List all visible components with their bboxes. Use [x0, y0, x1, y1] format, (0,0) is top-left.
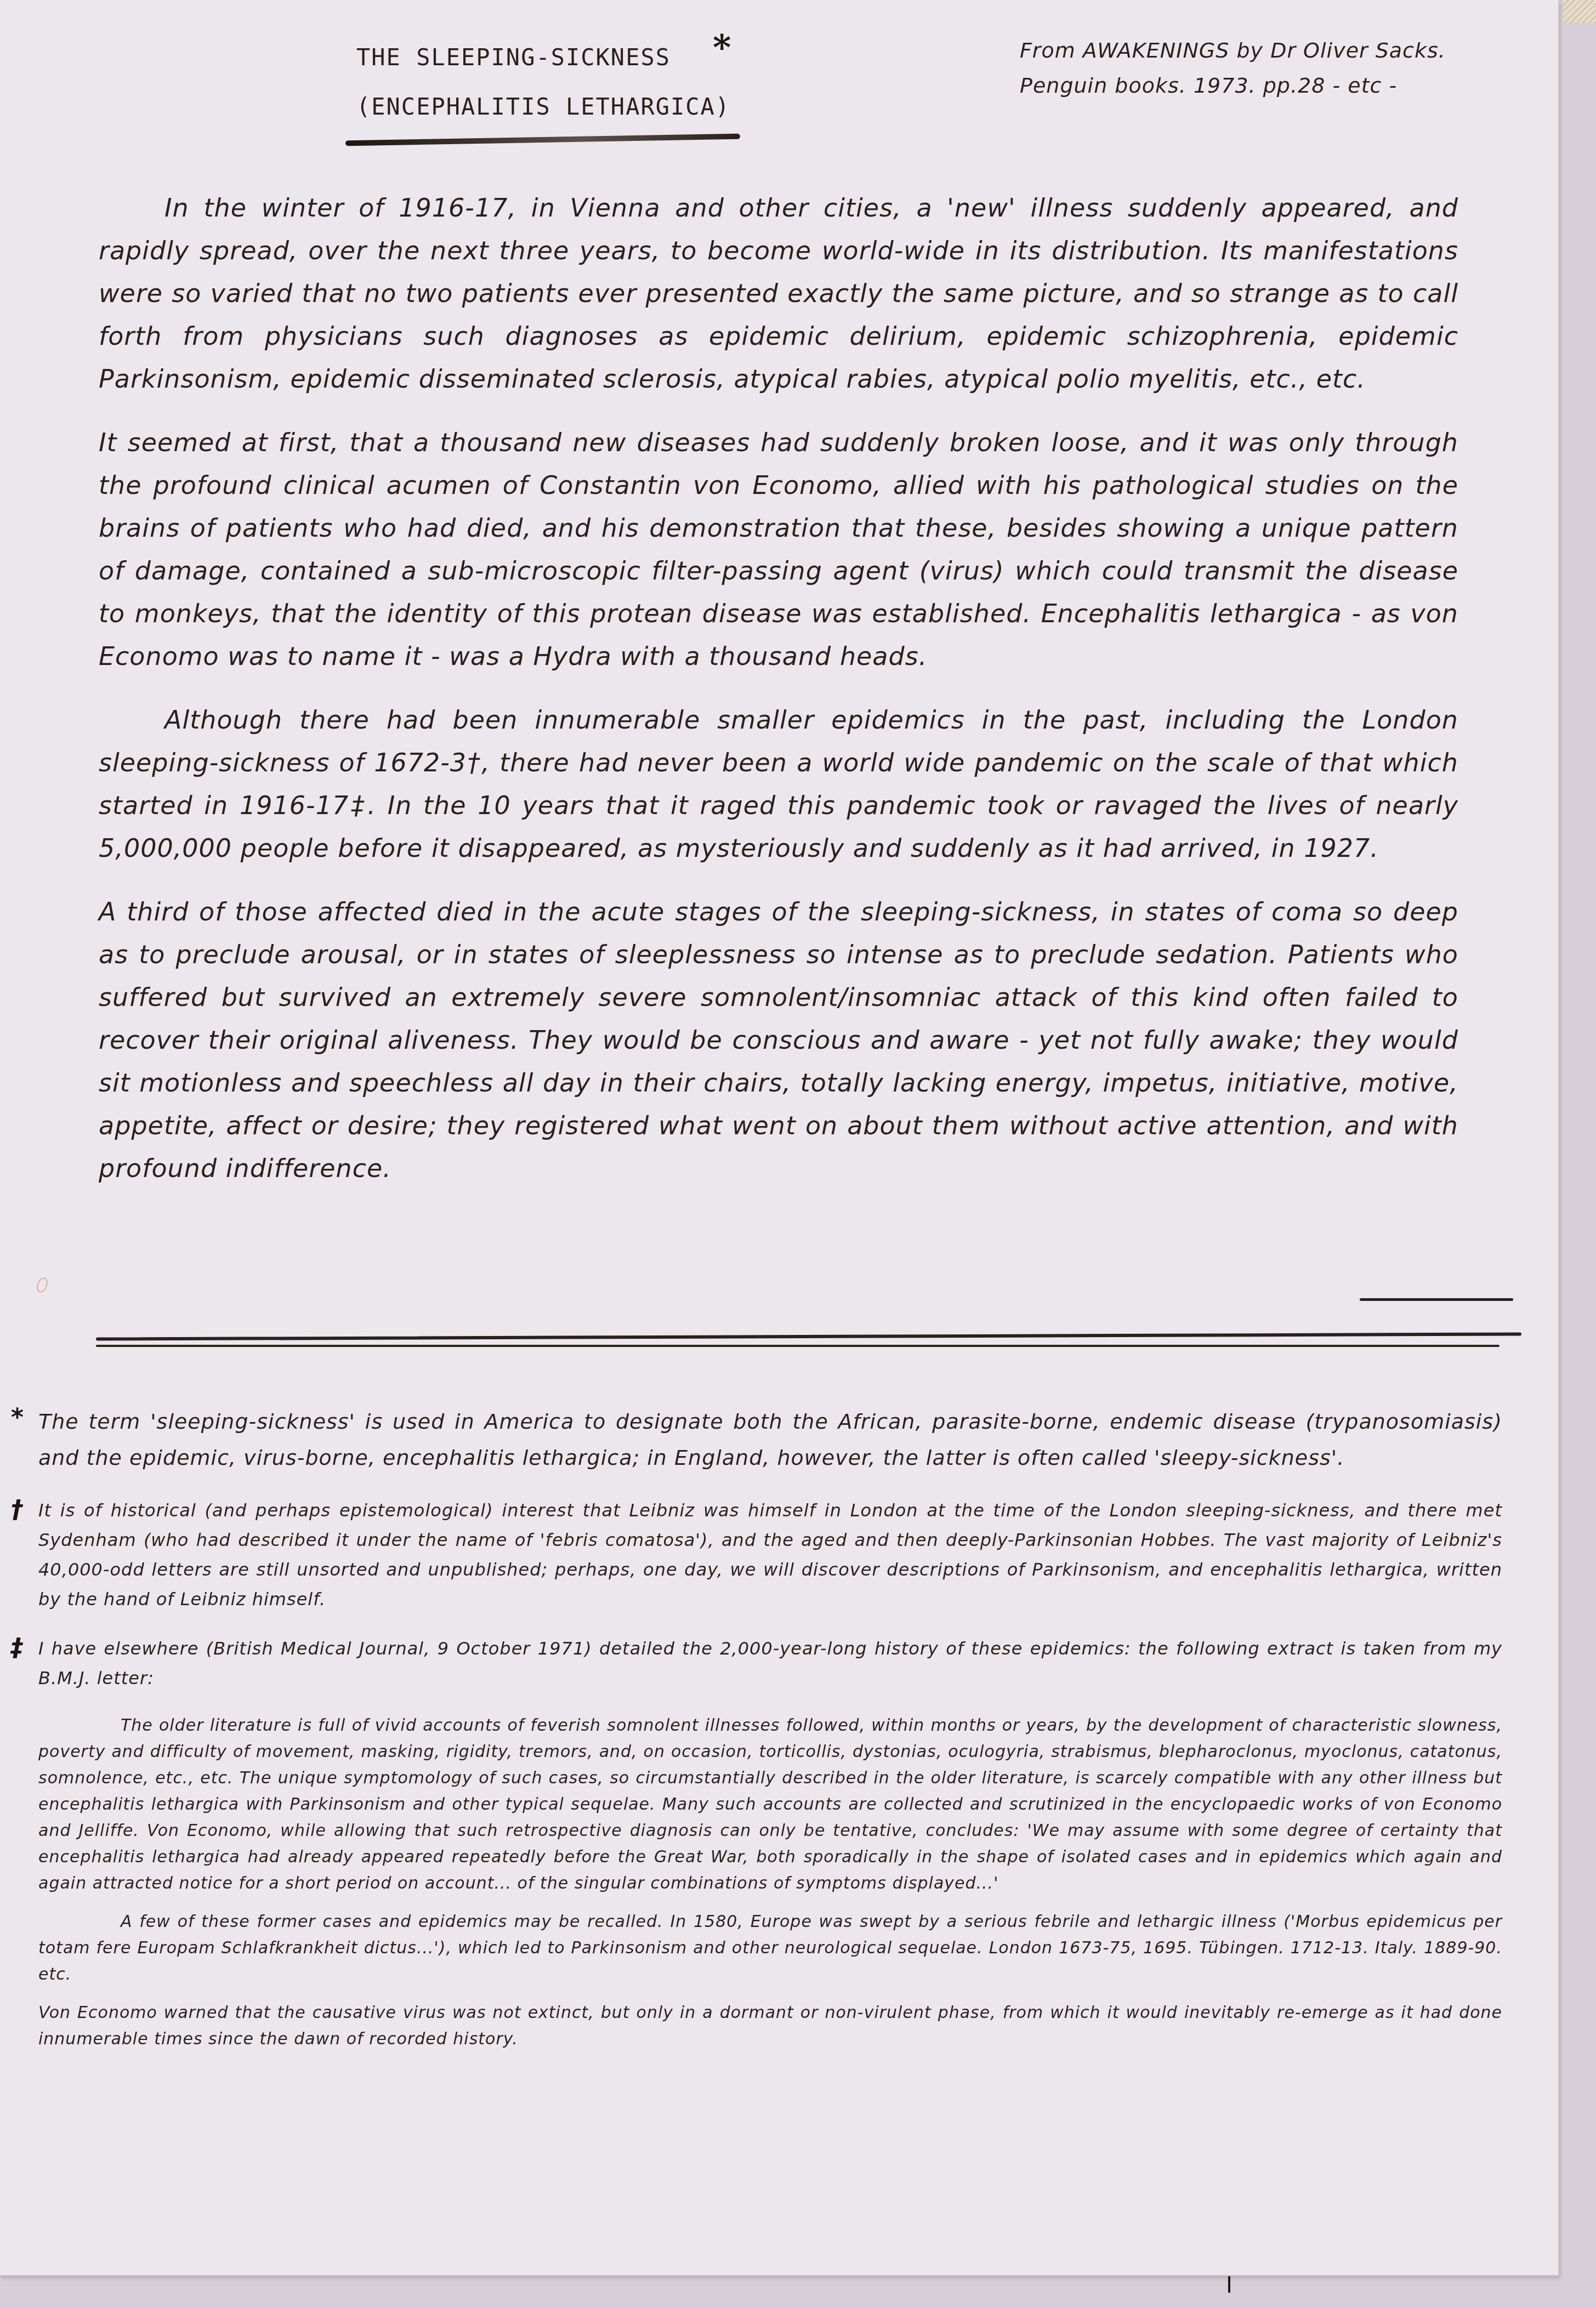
footnote-marker: *: [11, 1403, 24, 1431]
paragraph-1: In the winter of 1916-17, in Vienna and …: [99, 186, 1458, 400]
margin-mark: [35, 1276, 49, 1294]
page-subtitle: (ENCEPHALITIS LETHARGICA): [356, 82, 740, 132]
footnote-marker: †: [11, 1496, 24, 1523]
footnotes: * The term 'sleeping-sickness' is used i…: [11, 1403, 1502, 2065]
page-title: THE SLEEPING-SICKNESS: [356, 33, 740, 82]
title-block: THE SLEEPING-SICKNESS (ENCEPHALITIS LETH…: [356, 33, 740, 132]
footnote-divider-upper: [96, 1332, 1521, 1340]
extract-paragraph-2: A few of these former cases and epidemic…: [11, 1909, 1502, 1988]
title-footnote-marker: *: [713, 27, 731, 69]
bottom-ink-mark: [1228, 2276, 1230, 2293]
footnote-marker: ‡: [11, 1634, 24, 1662]
footnote-text: It is of historical (and perhaps epistem…: [38, 1496, 1502, 1614]
footnote-double-dagger: ‡ I have elsewhere (British Medical Jour…: [11, 1634, 1502, 1693]
footnote-asterisk: * The term 'sleeping-sickness' is used i…: [11, 1403, 1502, 1476]
title-underline: [345, 134, 740, 146]
extract-paragraph-1: The older literature is full of vivid ac…: [11, 1713, 1502, 1897]
footnote-divider-lower: [96, 1345, 1500, 1347]
footnote-dagger: † It is of historical (and perhaps epist…: [11, 1496, 1502, 1614]
extract-paragraph-3: Von Economo warned that the causative vi…: [11, 2000, 1502, 2053]
source-line-1: From AWAKENINGS by Dr Oliver Sacks.: [1020, 33, 1513, 68]
paragraph-3: Although there had been innumerable smal…: [99, 698, 1458, 869]
main-body: In the winter of 1916-17, in Vienna and …: [99, 186, 1458, 1210]
source-citation: From AWAKENINGS by Dr Oliver Sacks. Peng…: [1020, 33, 1513, 103]
footnote-text: The term 'sleeping-sickness' is used in …: [38, 1403, 1502, 1476]
page-corner-decoration: [1563, 0, 1596, 23]
manuscript-page: THE SLEEPING-SICKNESS (ENCEPHALITIS LETH…: [0, 0, 1559, 2276]
footnote-text: I have elsewhere (British Medical Journa…: [38, 1634, 1502, 1693]
end-of-text-dash: [1360, 1298, 1513, 1301]
source-line-2: Penguin books. 1973. pp.28 - etc -: [1020, 68, 1513, 103]
paragraph-2: It seemed at first, that a thousand new …: [99, 421, 1458, 678]
paragraph-4: A third of those affected died in the ac…: [99, 890, 1458, 1190]
